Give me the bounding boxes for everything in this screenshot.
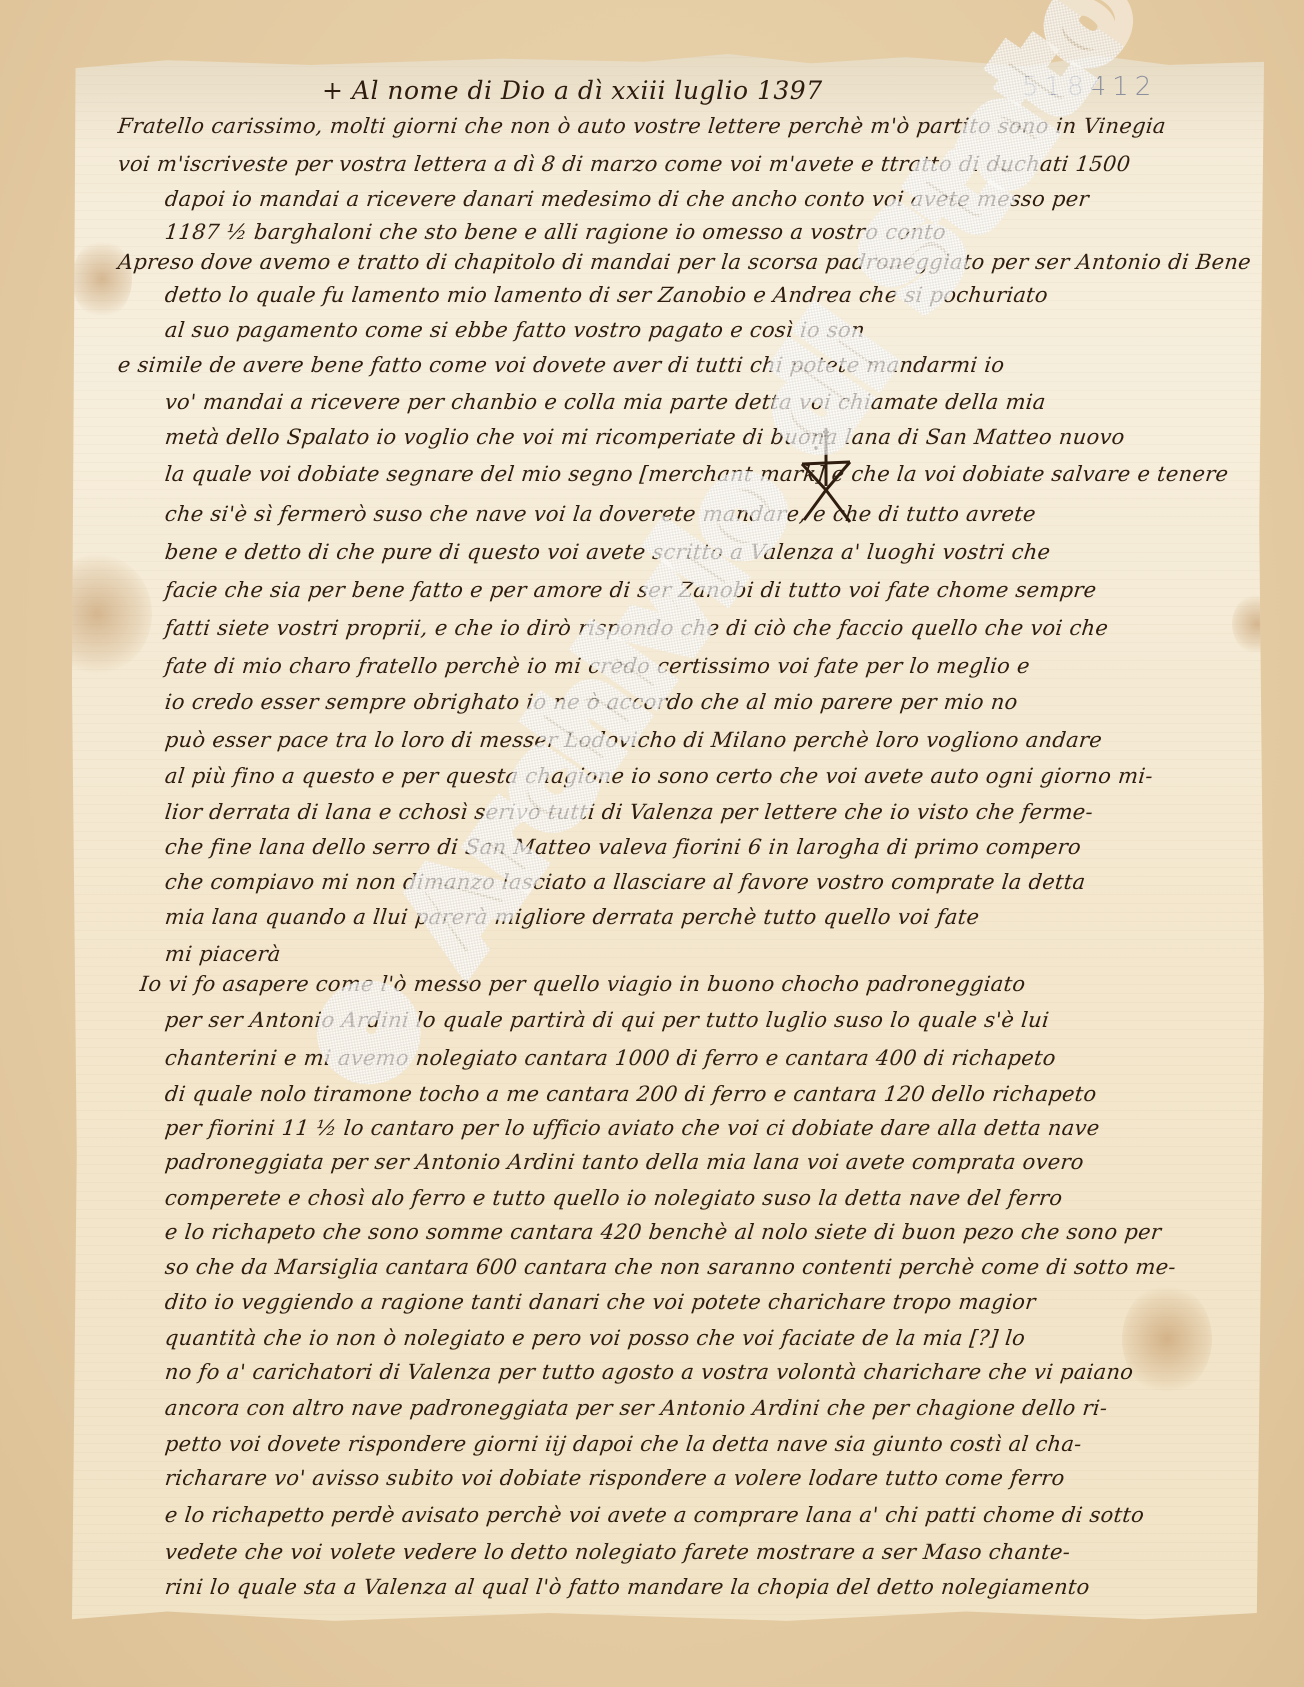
stain bbox=[42, 554, 152, 674]
text-line: petto voi dovete rispondere giorni iij d… bbox=[164, 1432, 1083, 1456]
text-line: Io vi fo asapere come l'ò messo per quel… bbox=[139, 972, 1027, 996]
text-line: detto lo quale fu lamento mio lamento di… bbox=[164, 283, 1049, 307]
text-line: per ser Antonio Ardini lo quale partirà … bbox=[164, 1008, 1051, 1032]
text-line: per fiorini 11 ½ lo cantaro per lo uffic… bbox=[164, 1116, 1101, 1140]
stain bbox=[1122, 1284, 1212, 1394]
text-line: di quale nolo tiramone tocho a me cantar… bbox=[164, 1082, 1098, 1106]
text-line: metà dello Spalato io voglio che voi mi … bbox=[164, 425, 1126, 449]
text-line: io credo esser sempre obrighato io ne ò … bbox=[164, 690, 1019, 714]
text-line: lior derrata di lana e cchosì serivo tut… bbox=[164, 800, 1095, 824]
text-line: chanterini e mi avemo nolegiato cantara … bbox=[164, 1046, 1057, 1070]
text-line: al più fino a questo e per questa chagio… bbox=[164, 764, 1154, 788]
text-line: mia lana quando a llui parerà migliore d… bbox=[164, 905, 981, 929]
text-line: ancora con altro nave padroneggiata per … bbox=[164, 1396, 1109, 1420]
text-line: comperete e chosì alo ferro e tutto quel… bbox=[164, 1186, 1064, 1210]
text-line: e lo richapeto che sono somme cantara 42… bbox=[164, 1220, 1163, 1244]
text-line: e simile de avere bene fatto come voi do… bbox=[117, 353, 1006, 377]
merchant-mark-icon bbox=[796, 428, 856, 528]
text-line: al suo pagamento come si ebbe fatto vost… bbox=[164, 318, 866, 342]
text-line: no fo a' carichatori di Valenza per tutt… bbox=[164, 1360, 1135, 1384]
text-line: padroneggiata per ser Antonio Ardini tan… bbox=[164, 1150, 1085, 1174]
text-line: richarare vo' avisso subito voi dobiate … bbox=[164, 1466, 1066, 1490]
text-line: voi m'iscriveste per vostra lettera a dì… bbox=[117, 152, 1132, 176]
text-line: che fine lana dello serro di San Matteo … bbox=[164, 835, 1083, 859]
text-line: che compiavo mi non dimanzo lasciato a l… bbox=[164, 870, 1087, 894]
text-line: fatti siete vostri proprii, e che io dir… bbox=[164, 616, 1110, 640]
text-line: che si'è sì fermerò suso che nave voi la… bbox=[164, 502, 1037, 526]
archive-number: 518412 bbox=[1022, 72, 1157, 102]
text-line: rini lo quale sta a Valenza al qual l'ò … bbox=[164, 1575, 1091, 1599]
text-line: vo' mandai a ricevere per chanbio e coll… bbox=[164, 390, 1047, 414]
text-line: dito io veggiendo a ragione tanti danari… bbox=[164, 1290, 1037, 1314]
text-line: 1187 ½ barghaloni che sto bene e alli ra… bbox=[164, 220, 947, 244]
text-line: bene e detto di che pure di questo voi a… bbox=[164, 540, 1052, 564]
stain bbox=[1232, 594, 1282, 654]
text-line: può esser pace tra lo loro di messer Lod… bbox=[164, 728, 1104, 752]
text-line: dapoi io mandai a ricevere danari medesi… bbox=[164, 187, 1090, 211]
text-line: la quale voi dobiate segnare del mio seg… bbox=[164, 462, 1230, 486]
text-line: Apreso dove avemo e tratto di chapitolo … bbox=[117, 250, 1253, 274]
text-line: fate di mio charo fratello perchè io mi … bbox=[164, 654, 1031, 678]
text-line: Fratello carissimo, molti giorni che non… bbox=[117, 114, 1167, 138]
text-line: mi piacerà bbox=[164, 942, 282, 966]
text-line: vedete che voi volete vedere lo detto no… bbox=[164, 1540, 1072, 1564]
text-line: facie che sia per bene fatto e per amore… bbox=[164, 578, 1098, 602]
text-line: so che da Marsiglia cantara 600 cantara … bbox=[164, 1255, 1177, 1279]
text-line: quantità che io non ò nolegiato e pero v… bbox=[164, 1326, 1027, 1350]
letter-heading: + Al nome di Dio a dì xxiii luglio 1397 bbox=[322, 76, 823, 105]
text-line: e lo richapetto perdè avisato perchè voi… bbox=[164, 1503, 1146, 1527]
